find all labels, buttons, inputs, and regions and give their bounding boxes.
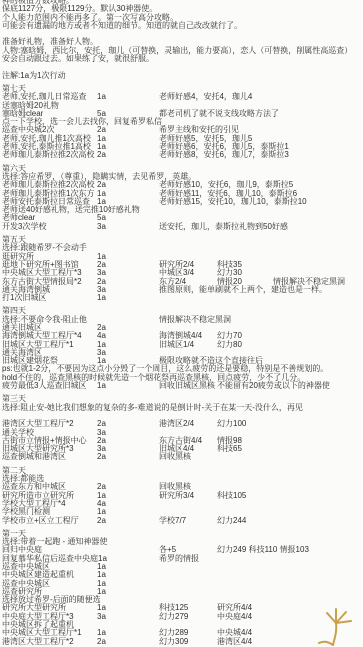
- row-cell: 回收黑核: [159, 453, 217, 461]
- row-cell: 3a: [97, 445, 159, 453]
- row-cell: 4a: [97, 500, 159, 508]
- row-cell: [217, 110, 273, 118]
- row-cell: [273, 349, 363, 357]
- row-cell: 2a: [97, 517, 159, 525]
- row-cell: 送安托，珈儿，泰斯拉礼物到50好感: [159, 223, 217, 231]
- row-cell: [217, 563, 273, 571]
- row-cell: [273, 341, 363, 349]
- row-cell: [159, 571, 217, 579]
- row-cell: 希罗的情报: [159, 555, 217, 563]
- row-cell: 学校市立+区立工程厅: [2, 517, 97, 525]
- guide-document: 神的极值分数攻略。保底1127分，极限1129分。默认30神器使。个人能力范围内…: [0, 0, 363, 647]
- row-cell: [273, 429, 363, 437]
- row-cell: 开发3次学校: [2, 223, 97, 231]
- row-cell: 2a: [97, 483, 159, 491]
- row-cell: 1a: [97, 571, 159, 579]
- row-cell: [273, 294, 363, 302]
- day-section: 第六天选择:答应希罗，（尊重），隐瞒实情，去见希罗，英雄。老师珈儿泰斯拉推2次高…: [2, 165, 363, 231]
- row-cell: 情报解决不稳定黑洞: [159, 316, 217, 324]
- row-cell: [217, 571, 273, 579]
- row-cell: [273, 563, 363, 571]
- row-cell: 港湾区4/4: [217, 638, 273, 646]
- row-cell: 1a: [97, 588, 159, 596]
- section-title: 第二天: [2, 467, 363, 475]
- row-cell: [217, 198, 273, 206]
- row-cell: 2a: [97, 453, 159, 461]
- row-cell: [273, 546, 363, 554]
- row-cell: 1a: [97, 604, 159, 612]
- row-cell: 都老司机了就不说支线攻略方法了: [159, 110, 217, 118]
- row-cell: 1a: [97, 143, 159, 151]
- table-row: 学校市立+区立工程厅2a学校7/7幻力244: [2, 517, 363, 525]
- row-cell: 5a: [97, 214, 159, 222]
- row-cell: 2a: [97, 278, 159, 286]
- row-cell: 科技65: [217, 445, 273, 453]
- row-cell: 2a: [97, 324, 159, 332]
- row-cell: [217, 286, 273, 294]
- row-cell: 疲劳最低3人巡查旧城区: [2, 382, 97, 390]
- row-cell: 1a: [97, 508, 159, 516]
- row-cell: [273, 198, 363, 206]
- row-cell: 老师好感15，安托10，珈儿10，泰斯拉10: [159, 198, 217, 206]
- row-cell: 旧城区1/4: [159, 341, 217, 349]
- row-cell: 1a: [97, 492, 159, 500]
- row-cell: 3a: [97, 269, 159, 277]
- table-row: 旧城区大型工程厅*11a旧城区1/4幻力80: [2, 341, 363, 349]
- row-cell: 科技105: [217, 492, 273, 500]
- row-cell: [273, 126, 363, 134]
- row-cell: 巡查倒城和港湾区: [2, 453, 97, 461]
- row-cell: [273, 382, 363, 390]
- row-cell: [217, 580, 273, 588]
- intro-block: 神的极值分数攻略。保底1127分，极限1129分。默认30神器使。个人能力范围内…: [2, 0, 363, 80]
- row-cell: 1a: [97, 563, 159, 571]
- row-cell: [273, 517, 363, 525]
- row-cell: 1a: [97, 93, 159, 101]
- row-cell: 1a: [97, 629, 159, 637]
- row-cell: [159, 580, 217, 588]
- row-cell: [217, 500, 273, 508]
- row-cell: [273, 286, 363, 294]
- table-row: 老师珈儿泰斯拉推2次高校2a老师好感8，安托6，珈儿7，泰斯拉3: [2, 151, 363, 159]
- row-cell: 老师好感4，安托4，珈儿4: [159, 93, 217, 101]
- row-cell: [217, 588, 273, 596]
- row-cell: 2a: [97, 437, 159, 445]
- full-width-row: 选择:跟随希罗-不会动手: [2, 244, 363, 252]
- table-row: 巡查倒城和港湾区2a回收黑核: [2, 453, 363, 461]
- row-cell: [159, 588, 217, 596]
- row-cell: [273, 555, 363, 563]
- row-cell: 中央庭4/4: [217, 613, 273, 621]
- row-cell: [273, 420, 363, 428]
- table-row: 港湾区大型工程厅*22a港湾区2/4幻力100: [2, 420, 363, 428]
- row-cell: 幻力249 科技110 情报103: [217, 546, 273, 554]
- row-cell: 老师好感8，安托6，珈儿7，泰斯拉3: [159, 151, 217, 159]
- day-section: 第二天选择:都能选巡查东方和中城区2a回收黑核研究所造市立研究所1a研究所3/4…: [2, 467, 363, 525]
- table-row: 巡查中央城区1a: [2, 580, 363, 588]
- table-row: 疲劳最低3人巡查旧城区1a回收旧城区黑核不能留有20疲劳或以下的神器使: [2, 382, 363, 390]
- row-cell: 3a: [97, 613, 159, 621]
- row-cell: [273, 223, 363, 231]
- row-cell: [217, 453, 273, 461]
- row-cell: [273, 261, 363, 269]
- row-cell: 1a: [97, 253, 159, 261]
- row-cell: [217, 223, 273, 231]
- row-cell: 3a: [97, 223, 159, 231]
- row-cell: [217, 93, 273, 101]
- row-cell: 回收旧城区黑核: [159, 382, 217, 390]
- row-cell: 3a: [97, 286, 159, 294]
- document-content: 神的极值分数攻略。保底1127分，极限1129分。默认30神器使。个人能力范围内…: [2, 0, 363, 647]
- table-row: 中央城区建造起重机1a: [2, 571, 363, 579]
- row-cell: 4a: [97, 332, 159, 340]
- row-cell: [217, 151, 273, 159]
- row-cell: 2a: [97, 151, 159, 159]
- row-cell: [273, 110, 363, 118]
- row-cell: 1a: [97, 190, 159, 198]
- row-cell: [273, 151, 363, 159]
- row-cell: 幻力279: [159, 613, 217, 621]
- table-row: 打1次旧城区1a: [2, 294, 363, 302]
- day-section: 第三天选择:阻止安-她比我们想象的复杂的多-难道说的是倒计时-关于在某一天-没什…: [2, 395, 363, 461]
- table-row: 回复慕华私信后巡查中央庭1a希罗的情报: [2, 555, 363, 563]
- row-cell: [273, 316, 363, 324]
- row-cell: [159, 563, 217, 571]
- day-section: 第一天选择:带着一起跑 - 通知神器使回归中央庭各+5幻力249 科技110 情…: [2, 530, 363, 646]
- full-width-row: 选择:阻止安-她比我们想象的复杂的多-难道说的是倒计时-关于在某一天-没什么，再…: [2, 404, 363, 412]
- table-row: 开发3次学校3a送安托，珈儿，泰斯拉礼物到50好感: [2, 223, 363, 231]
- row-cell: 1a: [97, 135, 159, 143]
- row-cell: [273, 508, 363, 516]
- table-row: 通关海湾倒城3a推图原则，能单刷就不上两个，建造也是一样。: [2, 286, 363, 294]
- row-cell: [159, 500, 217, 508]
- flower-icon: [313, 605, 357, 647]
- row-cell: [273, 445, 363, 453]
- row-cell: 幻力100: [217, 420, 273, 428]
- full-width-row: 老师送40好感礼物，送完推10好感礼物: [2, 206, 363, 214]
- row-cell: 3a: [97, 429, 159, 437]
- row-cell: 2a: [97, 126, 159, 134]
- intro-line: 可能会有遗漏的地方或者不知道的细节。知道的就自己改改就行了。: [2, 22, 363, 30]
- row-cell: [217, 555, 273, 563]
- row-cell: 港湾区大型工程厅*2: [2, 638, 97, 646]
- row-cell: 1a: [97, 382, 159, 390]
- row-cell: [273, 324, 363, 332]
- row-cell: [273, 253, 363, 261]
- row-cell: [273, 580, 363, 588]
- day-sections: 第七天老师,安托,珈儿日常巡查1a老师好感4，安托4，珈儿4送塞晗姆20礼物塞晗…: [2, 85, 363, 646]
- row-cell: [273, 483, 363, 491]
- row-cell: [273, 492, 363, 500]
- row-cell: 老师珈儿泰斯拉推2次高校: [2, 151, 97, 159]
- table-row: 学校大型工程厅*44a: [2, 500, 363, 508]
- row-cell: [273, 500, 363, 508]
- row-cell: 不能留有20疲劳或以下的神器使: [217, 382, 273, 390]
- day-section: 第四天选择:不要命令我-阻止他情报解决不稳定黑洞通关旧城区2a海湾倒城大型工程厅…: [2, 307, 363, 390]
- day-section: 第七天老师,安托,珈儿日常巡查1a老师好感4，安托4，珈儿4送塞晗姆20礼物塞晗…: [2, 85, 363, 160]
- row-cell: [97, 555, 159, 563]
- row-cell: 港湾区2/4: [159, 420, 217, 428]
- row-cell: 1a: [97, 294, 159, 302]
- row-cell: 1a: [97, 580, 159, 588]
- row-cell: 幻力309: [159, 638, 217, 646]
- row-cell: 2a: [97, 261, 159, 269]
- day-section: 第五天选择:跟随希罗-不会动手逛研究所1a逛地下研究所+图书馆2a研究所2/4科…: [2, 236, 363, 302]
- row-cell: 幻力80: [217, 341, 273, 349]
- row-cell: 幻力244: [217, 517, 273, 525]
- intro-line: 注解:1a为1次行动: [2, 72, 363, 80]
- row-cell: [273, 437, 363, 445]
- row-cell: 2a: [97, 638, 159, 646]
- row-cell: [97, 316, 159, 324]
- row-cell: 推图原则，能单刷就不上两个，建造也是一样。: [159, 286, 217, 294]
- row-cell: [273, 453, 363, 461]
- table-row: 选择:不要命令我-阻止他情报解决不稳定黑洞: [2, 316, 363, 324]
- row-cell: [159, 294, 217, 302]
- row-cell: [217, 294, 273, 302]
- row-cell: 2a: [97, 181, 159, 189]
- intro-line: 安会自动跟过去。如果练了安，就很舒服。: [2, 55, 363, 63]
- row-cell: 3a: [97, 349, 159, 357]
- row-cell: 研究所3/4: [159, 492, 217, 500]
- table-row: 港湾区大型工程厅*22a幻力309港湾区4/4: [2, 638, 363, 646]
- row-cell: [217, 316, 273, 324]
- row-cell: [273, 93, 363, 101]
- row-cell: 2a: [97, 420, 159, 428]
- row-cell: [273, 571, 363, 579]
- row-cell: [273, 332, 363, 340]
- row-cell: 1a: [97, 341, 159, 349]
- row-cell: 打1次旧城区: [2, 294, 97, 302]
- row-cell: [273, 588, 363, 596]
- row-cell: 学校7/7: [159, 517, 217, 525]
